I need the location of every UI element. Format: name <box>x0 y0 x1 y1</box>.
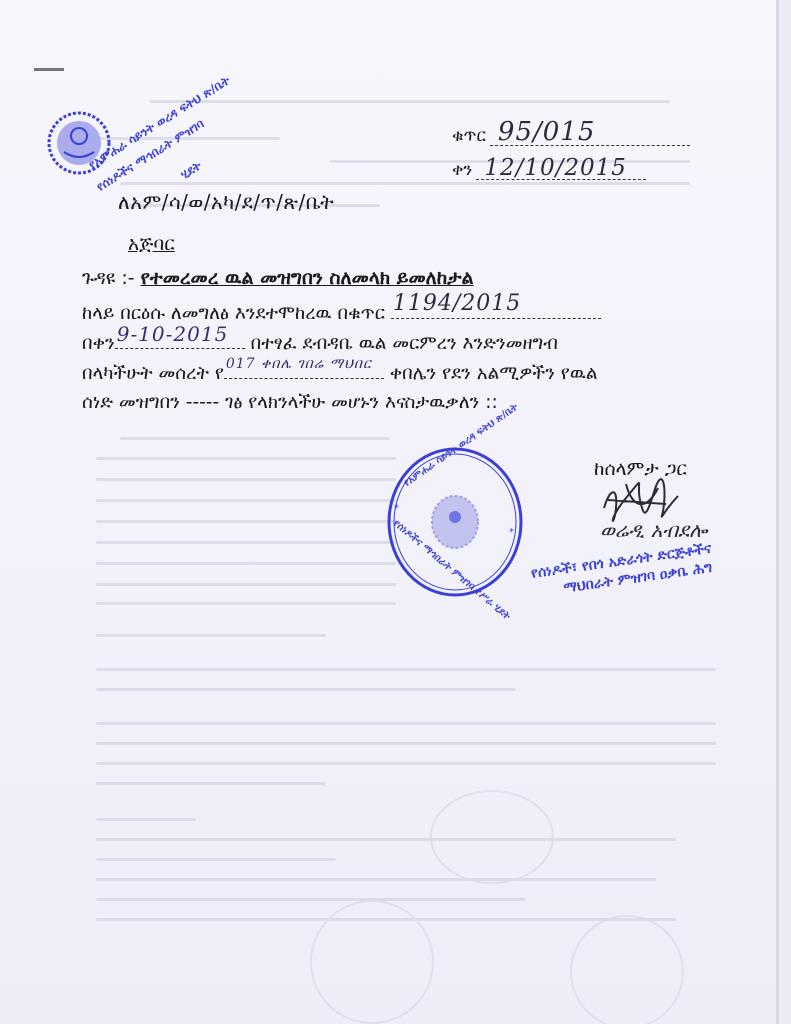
reference-date-label: ቀን <box>452 160 472 180</box>
body-text: ሰነድ መዝግበን ----- ገፅ የላክንላችሁ መሆኑን እናስታዉቃለን… <box>82 392 498 413</box>
letterhead-stamp: የአምሐራ ሳይንት ወረዳ ፍትህ ጽ/ቤት የሰነዶችና ማኅበራት ምዝገ… <box>28 100 208 240</box>
title-stamp: የሰነዶች፣ የበጎ አድራጎት ድርጅቶችና ማህበራት ምዝገባ ዐቃቤ ሕ… <box>530 540 715 603</box>
reference-date-row: ቀን 12/10/2015 <box>452 146 690 180</box>
kebele-field: 017 ቀበሌ ገበሬ ማህበር <box>224 358 384 379</box>
reference-date-field: 12/10/2015 <box>476 157 646 180</box>
reference-number-row: ቁጥር 95/015 <box>452 112 690 146</box>
body-line-3: በላካችሁት መሰረት የ 017 ቀበሌ ገበሬ ማህበር ቀበሌን የደን … <box>82 358 682 388</box>
reference-number-field: 95/015 <box>490 123 690 146</box>
letter-date-field: 9-10-2015 <box>115 328 245 349</box>
letterhead-stamp-line3: ሂደት <box>178 159 204 183</box>
closing-salutation: ከሰላምታ ጋር <box>594 458 687 480</box>
body-line-2: በቀን 9-10-2015 በተፃፈ ደብዳቤ ዉል መርምረን እንድንመዘግ… <box>82 328 682 358</box>
letter-number-value: 1194/2015 <box>393 289 521 319</box>
letter-body: ከላይ በርዕሱ ለመግለፅ እንደተሞከረዉ በቁጥር 1194/2015 በ… <box>82 298 682 418</box>
letter-date-value: 9-10-2015 <box>117 319 229 349</box>
subject-line: ጉዳዩ :- የተመረመረ ዉል መዝግበን ስለመላክ ይመለከታል <box>82 267 474 289</box>
scan-mark <box>34 68 64 71</box>
body-line-4: ሰነድ መዝግበን ----- ገፅ የላክንላችሁ መሆኑን እናስታዉቃለን… <box>82 388 682 418</box>
subject-title: የተመረመረ ዉል መዝግበን ስለመላክ ይመለከታል <box>141 267 474 289</box>
svg-text:*: * <box>509 527 514 538</box>
reference-number-label: ቁጥር <box>452 126 486 146</box>
reference-number-value: 95/015 <box>498 117 595 147</box>
body-text: ቀበሌን የደን አልሚዎችን የዉል <box>390 363 598 384</box>
body-text: በላካችሁት መሰረት የ <box>82 363 224 384</box>
recipient: አጅባር <box>128 233 175 255</box>
reference-date-value: 12/10/2015 <box>484 155 627 181</box>
faint-stamp-bleed <box>430 790 554 884</box>
svg-text:*: * <box>394 503 399 514</box>
scan-margin <box>779 0 791 1024</box>
faint-stamp-bleed <box>570 915 684 1024</box>
signatory-name-handwritten: ወሬዲ አብደሎ <box>600 518 707 542</box>
faint-stamp-bleed <box>310 900 434 1024</box>
emblem-icon <box>44 108 114 178</box>
subject-label: ጉዳዩ :- <box>82 267 135 289</box>
kebele-value: 017 ቀበሌ ገበሬ ማህበር <box>226 349 372 379</box>
letter-number-field: 1194/2015 <box>391 298 601 319</box>
sender-abbreviation: ለአም/ሳ/ወ/አካ/ደ/ጥ/ጽ/ቤት <box>118 190 334 214</box>
reference-block: ቁጥር 95/015 ቀን 12/10/2015 <box>452 112 690 180</box>
scanned-page: የአምሐራ ሳይንት ወረዳ ፍትህ ጽ/ቤት የሰነዶችና ማኅበራት ምዝገ… <box>0 0 778 1024</box>
body-text: በቀን <box>82 333 115 354</box>
